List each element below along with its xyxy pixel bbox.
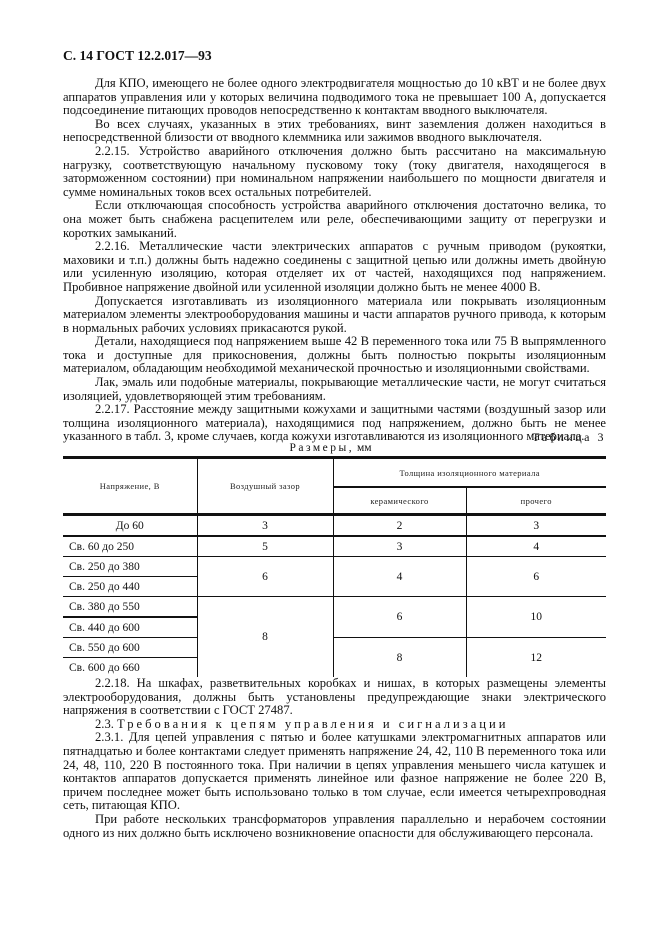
table-units-label: Размеры, (289, 442, 354, 454)
cell-ceramic: 3 (333, 536, 466, 557)
cell-ceramic: 6 (333, 597, 466, 638)
cell-air-gap: 5 (197, 536, 333, 557)
header-other: прочего (466, 487, 606, 515)
paragraph: Лак, эмаль или подобные материалы, покры… (63, 376, 606, 403)
cell-voltage: Св. 250 до 440 (63, 577, 197, 597)
paragraph: 2.2.16. Металлические части электрически… (63, 240, 606, 294)
section-heading: 2.3. Требования к цепям управления и сиг… (63, 718, 606, 732)
body-text-top: Для КПО, имеющего не более одного электр… (63, 77, 606, 444)
cell-voltage: Св. 550 до 600 (63, 638, 197, 658)
cell-ceramic: 8 (333, 638, 466, 678)
table-row: Св. 60 до 250 5 3 4 (63, 536, 606, 557)
paragraph: 2.2.18. На шкафах, разветвительных короб… (63, 677, 606, 718)
header-air-gap: Воздушный зазор (197, 458, 333, 515)
paragraph: 2.2.15. Устройство аварийного отключения… (63, 145, 606, 199)
body-text-bottom: 2.2.18. На шкафах, разветвительных короб… (63, 677, 606, 840)
paragraph: Во всех случаях, указанных в этих требов… (63, 118, 606, 145)
header-thickness: Толщина изоляционного материала (333, 458, 606, 488)
table-row: Св. 250 до 380 6 4 6 (63, 557, 606, 577)
paragraph: При работе нескольких трансформаторов уп… (63, 813, 606, 840)
table-row: Св. 380 до 550 8 6 10 (63, 597, 606, 618)
header-ceramic: керамического (333, 487, 466, 515)
paragraph: Допускается изготавливать из изоляционно… (63, 295, 606, 336)
section-number: 2.3. (95, 717, 117, 731)
cell-other: 6 (466, 557, 606, 597)
cell-voltage: Св. 440 до 600 (63, 617, 197, 638)
cell-voltage: Св. 250 до 380 (63, 557, 197, 577)
cell-voltage: Св. 60 до 250 (63, 536, 197, 557)
paragraph: Для КПО, имеющего не более одного электр… (63, 77, 606, 118)
cell-other: 10 (466, 597, 606, 638)
cell-air-gap: 8 (197, 597, 333, 678)
cell-air-gap: 3 (197, 515, 333, 537)
cell-air-gap: 6 (197, 557, 333, 597)
cell-other: 4 (466, 536, 606, 557)
clearance-table: Напряжение, В Воздушный зазор Толщина из… (63, 456, 606, 677)
cell-other: 3 (466, 515, 606, 537)
cell-other: 12 (466, 638, 606, 678)
cell-ceramic: 4 (333, 557, 466, 597)
cell-voltage: До 60 (63, 515, 197, 537)
table-row: Св. 550 до 600 8 12 (63, 638, 606, 658)
table-units-tail: мм (354, 442, 371, 454)
header-voltage: Напряжение, В (63, 458, 197, 515)
paragraph: 2.3.1. Для цепей управления с пятью и бо… (63, 731, 606, 813)
cell-voltage: Св. 600 до 660 (63, 658, 197, 678)
paragraph: 2.2.17. Расстояние между защитными кожух… (63, 403, 606, 444)
table-row: До 60 3 2 3 (63, 515, 606, 537)
section-title: Требования к цепям управления и сигнализ… (117, 717, 508, 731)
cell-voltage: Св. 380 до 550 (63, 597, 197, 618)
paragraph: Если отключающая способность устройства … (63, 199, 606, 240)
paragraph: Детали, находящиеся под напряжением выше… (63, 335, 606, 376)
page-header: С. 14 ГОСТ 12.2.017—93 (63, 48, 212, 64)
cell-ceramic: 2 (333, 515, 466, 537)
table-units: Размеры, мм (0, 442, 661, 454)
